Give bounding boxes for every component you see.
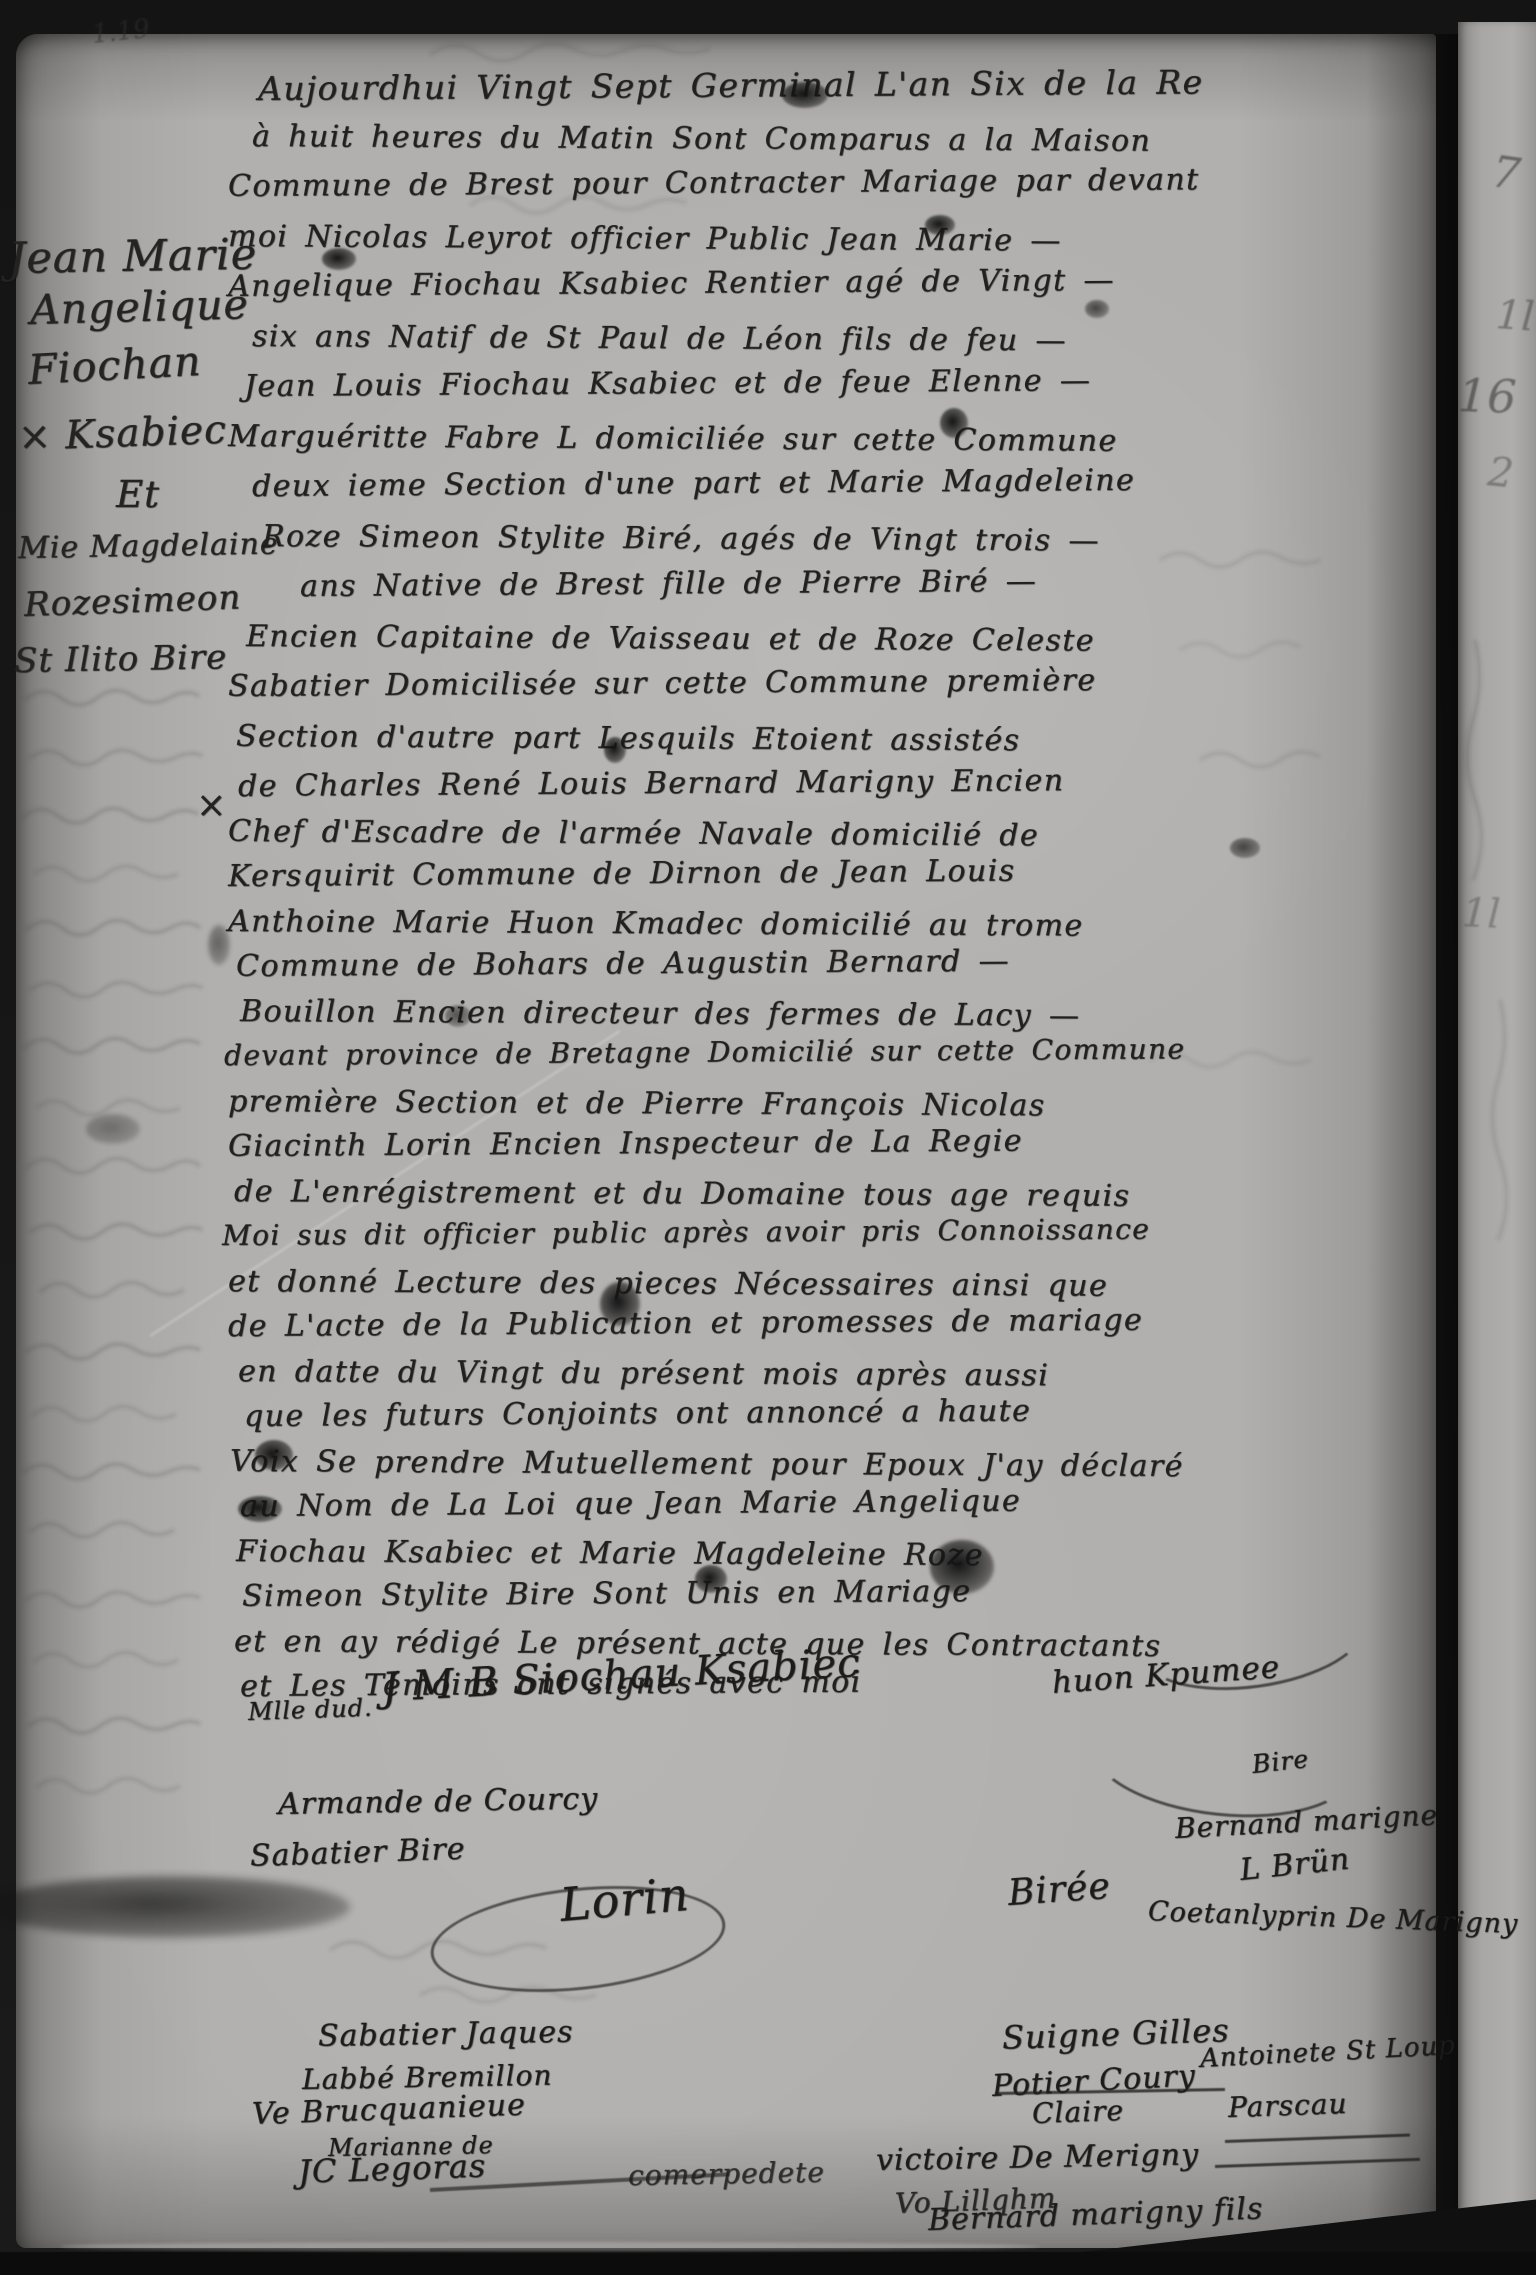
folio-mark: 1.19 <box>91 16 151 48</box>
ink-blot <box>600 1282 640 1326</box>
manuscript-line: Kersquirit Commune de Dirnon de Jean Lou… <box>228 857 1016 892</box>
margin-note: Angelique <box>29 284 249 331</box>
ink-blot <box>86 1114 140 1144</box>
manuscript-line: de Charles René Louis Bernard Marigny En… <box>238 766 1065 802</box>
manuscript-line: première Section et de Pierre François N… <box>228 1087 1046 1121</box>
manuscript-line: à huit heures du Matin Sont Comparus a l… <box>252 122 1151 157</box>
margin-cross-mark: × <box>196 788 227 824</box>
manuscript-line: Moi sus dit officier public après avoir … <box>222 1216 1150 1250</box>
manuscript-line: Jean Louis Fiochau Ksabiec et de feue El… <box>244 366 1091 402</box>
manuscript-line: Voix Se prendre Mutuellement pour Epoux … <box>230 1447 1184 1482</box>
ink-blot <box>604 737 626 763</box>
manuscript-line: Section d'autre part Lesquils Etoient as… <box>236 722 1020 756</box>
manuscript-line: que les futurs Conjoints ont annoncé a h… <box>244 1397 1031 1432</box>
ink-smear <box>0 1876 350 1938</box>
manuscript-line: au Nom de La Loi que Jean Marie Angeliqu… <box>240 1487 1021 1522</box>
manuscript-line: de L'acte de la Publication et promesses… <box>228 1306 1143 1342</box>
manuscript-line: deux ieme Section d'une part et Marie Ma… <box>252 466 1135 502</box>
signature: JC Legoras <box>297 2149 486 2188</box>
manuscript-line: Anthoine Marie Huon Kmadec domicilié au … <box>228 907 1084 941</box>
margin-note: × Ksabiec <box>17 411 227 457</box>
manuscript-line: Marguéritte Fabre L domiciliée sur cette… <box>228 422 1118 457</box>
ink-blot <box>925 215 955 235</box>
manuscript-line: devant province de Bretagne Domicilié su… <box>224 1035 1186 1070</box>
ink-blot <box>1085 300 1109 318</box>
manuscript-line: Angelique Fiochau Ksabiec Rentier agé de… <box>228 266 1115 302</box>
signature: victoire De Merigny <box>876 2140 1199 2176</box>
manuscript-line: Aujourdhui Vingt Sept Germinal L'an Six … <box>258 65 1204 105</box>
ink-blot <box>445 1005 471 1027</box>
manuscript-line: en datte du Vingt du présent mois après … <box>238 1357 1049 1391</box>
signature: Parscau <box>1228 2090 1348 2122</box>
scan-bottom-border <box>0 2252 1536 2275</box>
folio-mark: 1l <box>1495 295 1536 338</box>
document-scan: Jean Marie Angelique Fiochan × Ksabiec E… <box>0 0 1536 2275</box>
folio-mark: 16 <box>1457 372 1517 420</box>
manuscript-line: Bouillon Encien directeur des fermes de … <box>240 997 1080 1031</box>
manuscript-line: Fiochau Ksabiec et Marie Magdeleine Roze <box>236 1537 984 1571</box>
margin-note: Rozesimeon <box>23 580 241 622</box>
signature: Armande de Courcy <box>278 1784 599 1820</box>
ink-blot <box>940 408 968 438</box>
manuscript-line: et donné Lecture des pieces Nécessaires … <box>228 1267 1108 1302</box>
signature: Mlle dud. <box>248 1696 373 1724</box>
signature: Sabatier Jaques <box>318 2018 574 2052</box>
margin-note: Mie Magdelaine <box>18 529 279 564</box>
manuscript-line: six ans Natif de St Paul de Léon fils de… <box>252 322 1067 356</box>
ink-blot <box>695 1565 727 1593</box>
manuscript-line: ans Native de Brest fille de Pierre Biré… <box>300 567 1037 602</box>
margin-note: Fiochan <box>27 341 202 391</box>
ink-blot <box>1230 838 1260 858</box>
signature: Claire <box>1032 2097 1125 2128</box>
manuscript-line: Encien Capitaine de Vaisseau et de Roze … <box>246 622 1095 656</box>
margin-note: St Ilito Bire <box>14 640 228 678</box>
ink-blot <box>255 1440 293 1470</box>
signature: Sabatier Bire <box>249 1834 465 1872</box>
folio-mark: 2 <box>1486 452 1515 494</box>
ink-blot <box>322 248 356 270</box>
manuscript-line: Sabatier Domicilisée sur cette Commune p… <box>228 666 1097 702</box>
manuscript-line: Roze Simeon Stylite Biré, agés de Vingt … <box>262 522 1100 556</box>
manuscript-line: Commune de Brest pour Contracter Mariage… <box>228 165 1200 202</box>
ink-blot <box>208 925 230 965</box>
margin-note: Et <box>116 476 160 513</box>
signature: Suigne Gilles <box>1001 2014 1230 2054</box>
ink-blot <box>930 1540 994 1594</box>
margin-note: Jean Marie <box>8 234 258 281</box>
manuscript-line: Chef d'Escadre de l'armée Navale domicil… <box>228 817 1039 851</box>
manuscript-line: Commune de Bohars de Augustin Bernard — <box>236 947 1010 982</box>
page-bottom-edge <box>60 2242 1040 2251</box>
signature: Birée <box>1007 1869 1112 1912</box>
manuscript-line: Giacinth Lorin Encien Inspecteur de La R… <box>228 1126 1023 1162</box>
ink-blot <box>238 1496 282 1522</box>
folio-mark: 1l <box>1461 893 1501 935</box>
manuscript-line: de L'enrégistrement et du Domaine tous a… <box>234 1177 1130 1212</box>
ink-blot <box>782 82 828 108</box>
manuscript-line: Simeon Stylite Bire Sont Unis en Mariage <box>242 1577 971 1612</box>
